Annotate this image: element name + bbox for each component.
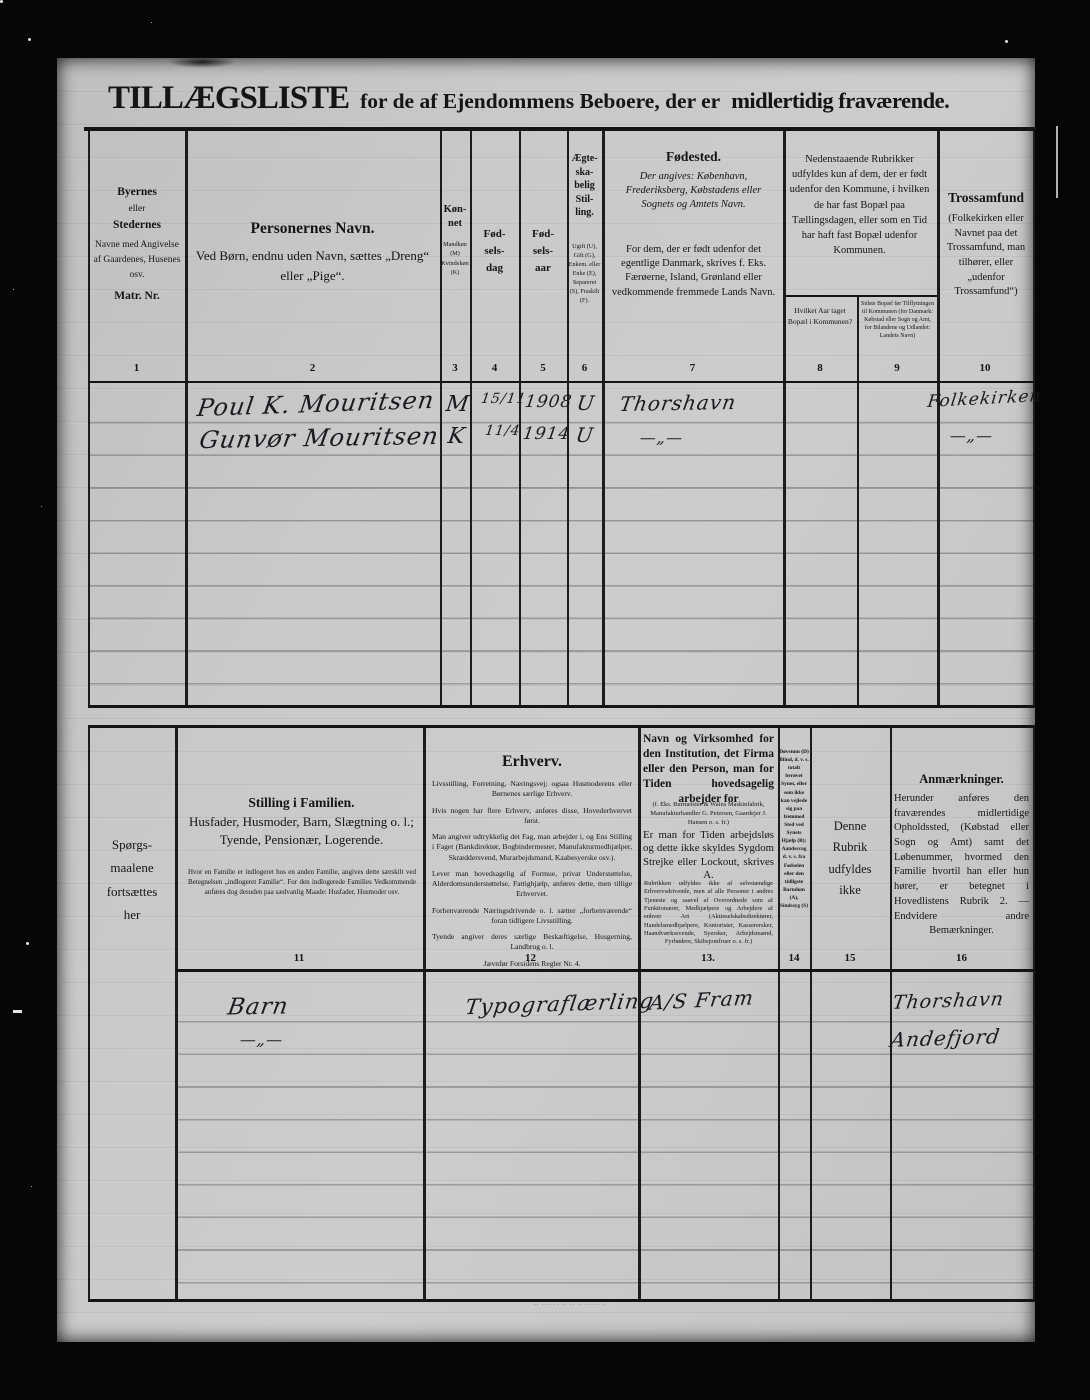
header-text: Ved Børn, endnu uden Navn, sættes „Dreng… bbox=[191, 246, 434, 286]
entry-marital: U bbox=[575, 391, 596, 415]
divider bbox=[783, 295, 939, 297]
header-text: Matr. Nr. bbox=[92, 288, 182, 306]
header-text: Stedernes bbox=[92, 217, 182, 235]
divider bbox=[88, 381, 1035, 383]
side-note-line: Spørgs- bbox=[89, 833, 175, 856]
header-remarks: Anmærkninger. bbox=[893, 772, 1030, 787]
header-creed: Trossamfund bbox=[939, 190, 1033, 206]
column-number: 13. bbox=[638, 952, 778, 964]
film-streak bbox=[1056, 126, 1058, 198]
header-not-filled: Denne Rubrik udfyldes ikke bbox=[812, 816, 888, 901]
entry-birthday: 15/11 bbox=[480, 391, 528, 407]
title-emphasis: midlertidig fraværende. bbox=[731, 88, 949, 114]
column-number: 15 bbox=[810, 952, 890, 964]
header-text: sels- bbox=[470, 243, 519, 260]
title-middle: for de af Ejendommens Beboere, der er bbox=[360, 89, 720, 114]
divider bbox=[88, 727, 90, 1302]
header-text: Byernes bbox=[92, 184, 182, 202]
entry-birthyear: 1914 bbox=[522, 424, 572, 444]
header-occupation: Erhverv. bbox=[426, 753, 638, 771]
entry-family-position: Barn bbox=[226, 993, 291, 1020]
column-number: 7 bbox=[602, 362, 783, 374]
header-text: Herunder anføres den fraværendes midlert… bbox=[894, 792, 1029, 939]
entry-family-position-ditto: —„— bbox=[239, 1030, 285, 1049]
header-text: net bbox=[440, 217, 470, 231]
header-text: sels- bbox=[519, 243, 567, 260]
header-marital: Ægte- ska- belig Stil- ling. bbox=[567, 152, 602, 220]
divider bbox=[1033, 131, 1035, 707]
header-fine-print: Man angiver udtrykkelig det Fag, man arb… bbox=[432, 832, 632, 863]
header-family-position: Stilling i Familien. bbox=[180, 795, 423, 811]
header-occupation-rules: Livsstilling, Forretning, Næringsvej; og… bbox=[432, 779, 632, 968]
side-note: Spørgs- maalene fortsættes her bbox=[89, 833, 175, 927]
divider bbox=[88, 705, 1035, 708]
column-number: 11 bbox=[175, 952, 423, 964]
header-text: Mandkøn (M) Kvindekøn (K) bbox=[440, 240, 470, 277]
title-word: TILLÆGSLISTE bbox=[108, 80, 349, 117]
column-number: 6 bbox=[567, 362, 602, 374]
divider bbox=[175, 969, 1035, 972]
header-text: Stil- bbox=[567, 193, 602, 207]
header-text: Køn- bbox=[440, 203, 470, 217]
entry-birthday: 11/4 bbox=[484, 423, 522, 439]
entry-sex: M bbox=[444, 392, 471, 417]
entry-birthplace-ditto: —„— bbox=[639, 428, 685, 447]
film-dash-mark bbox=[13, 1010, 22, 1013]
entry-birthplace: Thorshavn bbox=[618, 390, 738, 416]
divider bbox=[88, 1299, 1035, 1302]
header-text: Rubrik bbox=[812, 837, 888, 858]
page-edge-smudge bbox=[168, 56, 236, 68]
header-fine-print: Tyende angiver deres særlige Beskæftigel… bbox=[432, 932, 632, 953]
column-number: 1 bbox=[88, 362, 185, 374]
header-text: Denne bbox=[812, 816, 888, 837]
column-number: 14 bbox=[778, 952, 810, 964]
header-text: For dem, der er født udenfor det egentli… bbox=[608, 243, 779, 300]
header-fine-print: (f. Eks. Burmeister & Wains Maskinfabrik… bbox=[645, 801, 772, 827]
column-number: 5 bbox=[519, 362, 567, 374]
entry-remarks: Thorshavn bbox=[891, 988, 1005, 1014]
divider bbox=[88, 725, 1035, 728]
header-text: Fød- bbox=[519, 226, 567, 243]
entry-creed-ditto: —„— bbox=[949, 426, 995, 445]
header-text: eller bbox=[92, 202, 182, 217]
header-birthplace: Fødested. bbox=[604, 149, 783, 165]
column-number: 3 bbox=[440, 362, 470, 374]
header-disabilities: Døvstum (D) Blind, d. v. s. totalt berøv… bbox=[779, 748, 809, 910]
header-text: Ægte- bbox=[567, 152, 602, 166]
header-text: Fød- bbox=[470, 226, 519, 243]
header-text: dag bbox=[470, 260, 519, 277]
side-note-line: fortsættes bbox=[89, 880, 175, 903]
side-note-line: maalene bbox=[89, 856, 175, 879]
header-year-moved: Hvilket Aar taget Bopæl i Kommunen? bbox=[786, 306, 854, 327]
header-group-8-9: Nedenstaaende Rubrikker udfyldes kun af … bbox=[789, 152, 930, 259]
header-text: aar bbox=[519, 260, 567, 277]
divider bbox=[1033, 727, 1035, 1302]
header-text: Navne med Angivelse af Gaardenes, Husene… bbox=[92, 238, 182, 282]
column-number: 16 bbox=[890, 952, 1033, 964]
header-fine-print: Lever man hovedsagelig af Formue, privat… bbox=[432, 869, 632, 900]
header-birthday: Fød- sels- dag bbox=[470, 226, 519, 277]
header-fine-print: Livsstilling, Forretning, Næringsvej; og… bbox=[432, 779, 632, 800]
header-text: Der angives: København, Frederiksberg, K… bbox=[614, 170, 773, 213]
header-fine-print: Hvor en Familie er indlogeret hos en and… bbox=[188, 868, 416, 897]
header-name: Personernes Navn. bbox=[187, 220, 438, 238]
film-speck-dots bbox=[0, 0, 3, 3]
header-employer: Navn og Virksomhed for den Institution, … bbox=[643, 732, 774, 807]
header-birthyear: Fød- sels- aar bbox=[519, 226, 567, 277]
film-scan-frame: TILLÆGSLISTE for de af Ejendommens Beboe… bbox=[0, 0, 1090, 1400]
header-text: Husfader, Husmoder, Barn, Slægtning o. l… bbox=[185, 813, 418, 849]
column-number: 12 bbox=[423, 952, 638, 964]
header-fine-print: Rubrikken udfyldes ikke af selvstændige … bbox=[644, 880, 773, 947]
header-text: ska- bbox=[567, 166, 602, 180]
header-place: Byernes eller Stedernes Navne med Angive… bbox=[92, 184, 182, 305]
entry-sex: K bbox=[446, 424, 467, 449]
header-text: (Folkekirken eller Navnet paa det Trossa… bbox=[940, 212, 1032, 300]
entry-birthyear: 1908 bbox=[524, 392, 574, 412]
page-title: TILLÆGSLISTE for de af Ejendommens Beboe… bbox=[108, 80, 1028, 117]
entry-remarks: Andefjord bbox=[889, 1024, 1002, 1052]
column-number: 10 bbox=[937, 362, 1033, 374]
column-number: 4 bbox=[470, 362, 519, 374]
header-text: udfyldes bbox=[812, 859, 888, 880]
header-text: ikke bbox=[812, 880, 888, 901]
side-note-line: her bbox=[89, 903, 175, 926]
printer-imprint: ·· ····· · ·· ·· ·· ······ · bbox=[470, 1303, 670, 1308]
header-text: Ugift (U), Gift (G), Enkem. eller Enke (… bbox=[568, 243, 601, 306]
header-text: belig bbox=[567, 179, 602, 193]
column-number: 8 bbox=[783, 362, 857, 374]
header-sex: Køn- net bbox=[440, 203, 470, 230]
header-fine-print: Forhenværende Næringsdrivende o. l. sætt… bbox=[432, 906, 632, 927]
column-number: 9 bbox=[857, 362, 937, 374]
title-rule bbox=[84, 127, 1036, 131]
entry-marital: U bbox=[574, 423, 595, 447]
header-last-residence: Sidste Bopæl før Tilflytningen til Kommu… bbox=[860, 300, 935, 340]
column-number: 2 bbox=[185, 362, 440, 374]
header-text: Er man for Tiden arbejdsløs og dette ikk… bbox=[643, 829, 774, 883]
entry-name: Gunvør Mouritsen bbox=[197, 422, 441, 454]
header-text: ling. bbox=[567, 206, 602, 220]
header-fine-print: Hvis nogen har flere Erhverv, anføres di… bbox=[432, 806, 632, 827]
